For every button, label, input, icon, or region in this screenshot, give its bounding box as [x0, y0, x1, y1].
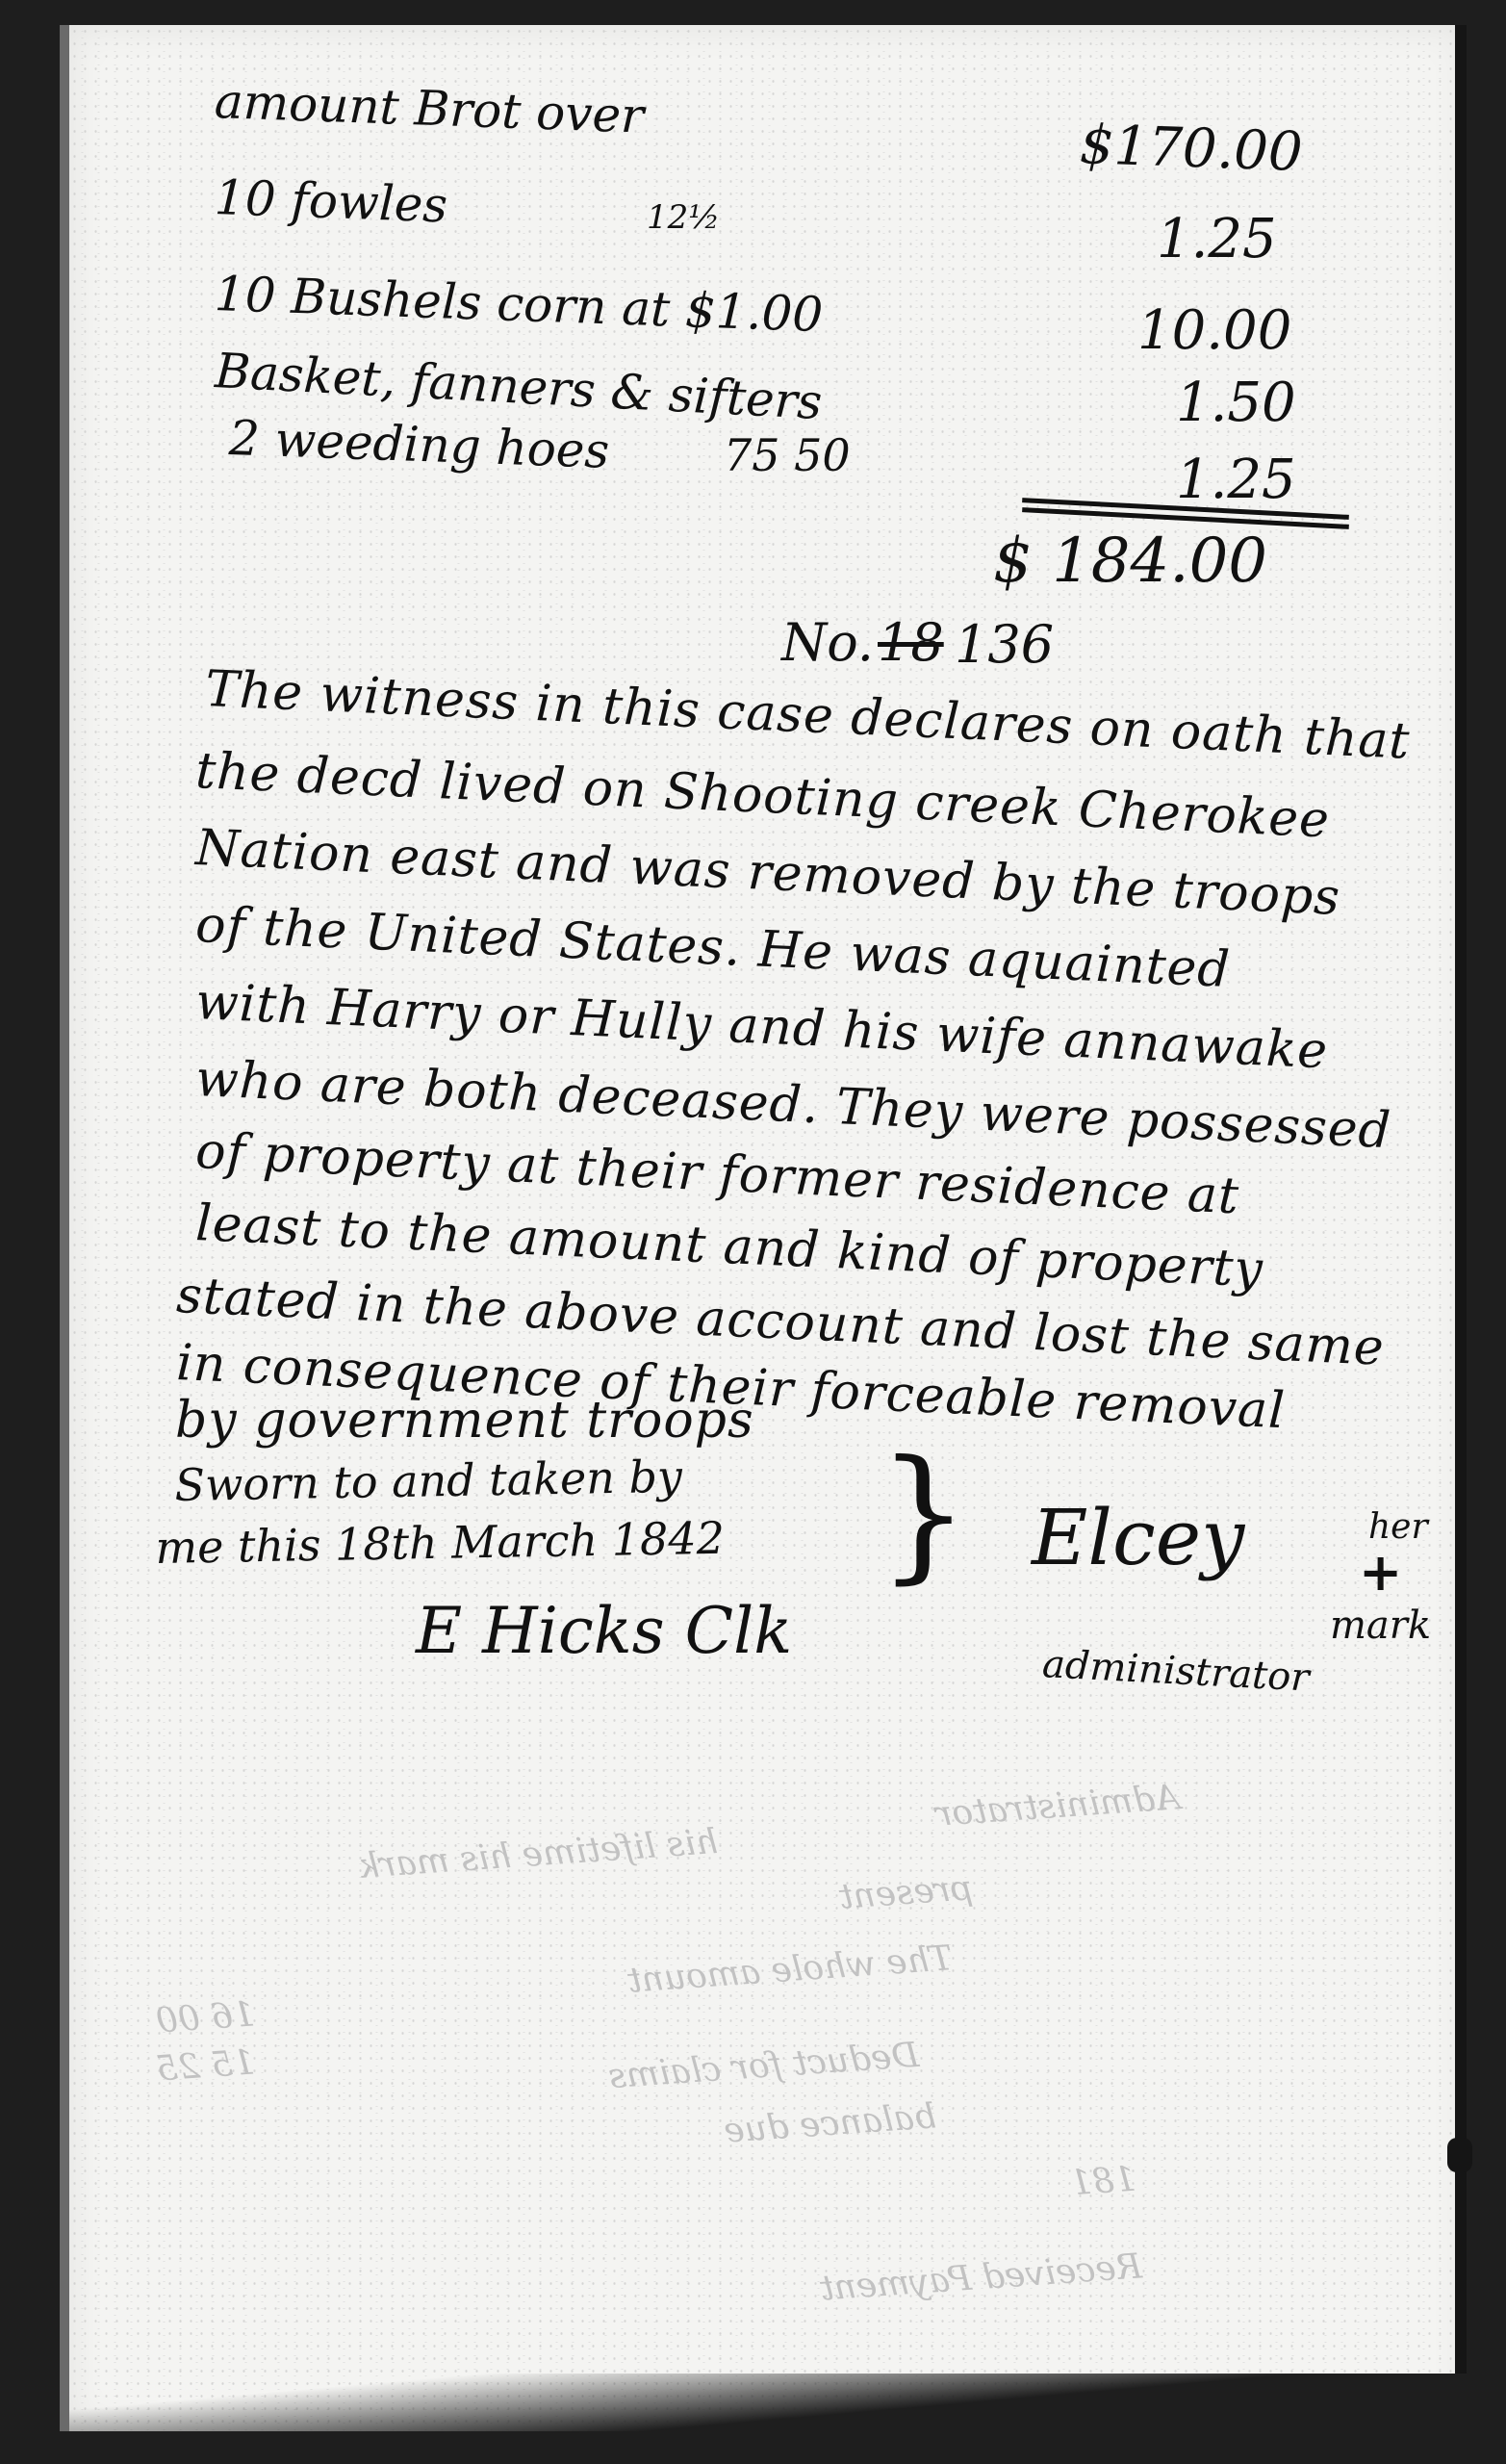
bleed-through-text: balance due — [723, 2096, 937, 2150]
bleed-through-text: Administrator — [934, 1778, 1182, 1835]
case-number: 136 — [955, 614, 1054, 675]
bleed-through-text: The whole amount — [626, 1938, 954, 2000]
bleed-through-text: 16 00 — [155, 1994, 257, 2040]
ledger-amount: 1.25 — [1157, 208, 1277, 270]
ledger-amount: 10.00 — [1137, 299, 1291, 362]
ledger-amount: 1.25 — [1176, 449, 1296, 511]
signatory-mark-label: mark — [1330, 1604, 1431, 1648]
signatory-mark-symbol: + — [1359, 1541, 1402, 1603]
ledger-total: $ 184.00 — [993, 526, 1267, 597]
bleed-through-text: Deduct for claims — [607, 2036, 920, 2096]
ledger-amount: $170.00 — [1079, 114, 1304, 184]
bleed-through-text: Received Payment — [819, 2246, 1143, 2308]
ledger-amount: 1.50 — [1176, 372, 1296, 434]
signatory-name: Elcey — [1032, 1493, 1244, 1582]
clerk-signature: E Hicks Clk — [416, 1594, 792, 1668]
ledger-item: 10 fowles — [214, 169, 448, 233]
ledger-unit-note: 12½ — [647, 198, 720, 237]
ledger-item: 10 Bushels corn at $1.00 — [214, 266, 824, 343]
attestation-line: me this 18th March 1842 — [155, 1512, 725, 1574]
attestation-line: Sworn to and taken by — [174, 1450, 682, 1511]
case-number-label: No. — [781, 612, 874, 673]
ledger-item: amount Brot over — [214, 73, 645, 144]
bleed-through-text: present — [838, 1868, 975, 1917]
binding-knot — [1447, 2138, 1472, 2172]
case-number-struck: 18 — [878, 612, 944, 673]
document-page: amount Brot over $170.00 10 fowles 12½ 1… — [60, 25, 1467, 2431]
signatory-role: administrator — [1041, 1642, 1311, 1700]
declaration-line: by government troops — [175, 1392, 754, 1450]
bleed-through-text: 15 25 — [155, 2042, 257, 2089]
brace-mark: } — [878, 1430, 969, 1598]
ledger-item: 2 weeding hoes — [228, 410, 610, 479]
bleed-through-text: 181 — [1069, 2160, 1137, 2204]
page-bottom-shadow — [69, 2374, 1467, 2431]
ledger-unit-note: 75 50 — [724, 429, 851, 481]
bleed-through-text: his lifetime his mark — [357, 1822, 719, 1886]
page-fold-line — [1455, 25, 1467, 2431]
